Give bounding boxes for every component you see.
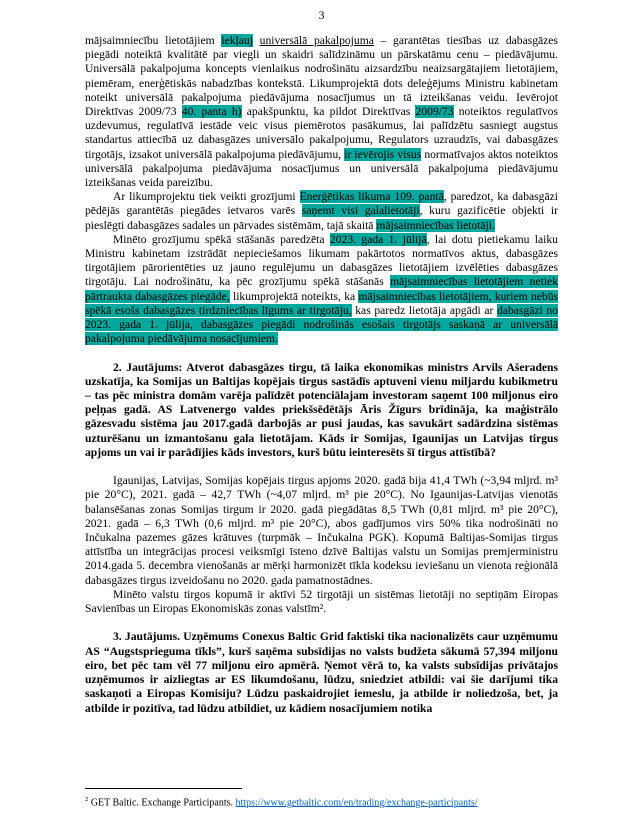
paragraph: mājsaimniecību lietotājiem iekļauj unive… — [85, 34, 558, 190]
footnote-separator — [85, 788, 242, 789]
highlighted-text: iekļauj — [221, 34, 253, 47]
paragraph: 3. Jautājums. Uzņēmums Conexus Baltic Gr… — [85, 630, 558, 715]
footnote-link[interactable]: https://www.getbaltic.com/en/trading/exc… — [236, 797, 478, 808]
footnote-area: 2 GET Baltic. Exchange Participants. htt… — [85, 788, 558, 809]
page-number: 3 — [85, 8, 558, 22]
text-run — [253, 34, 260, 47]
text-run: 2. Jautājums: Atverot dabasgāzes tirgu, … — [85, 361, 558, 459]
text-run: apakšpunktu, ka pildot Direktīvas — [242, 105, 416, 118]
text-run: Ar likumprojektu tiek veikti grozījumi — [113, 190, 300, 203]
footnote: 2 GET Baltic. Exchange Participants. htt… — [85, 794, 558, 809]
text-run: kas paredz lietotāja apgādi ar — [352, 304, 497, 317]
text-run: Minēto grozījumu spēkā stāšanās paredzēt… — [113, 233, 330, 246]
highlighted-text: ir ievērojis visus — [344, 148, 421, 161]
highlighted-text: Enerģētikas likuma 109. pantā — [300, 190, 444, 203]
document-body: mājsaimniecību lietotājiem iekļauj unive… — [85, 34, 558, 716]
text-run: likumprojektā noteikts, ka — [230, 290, 359, 303]
paragraph: 2. Jautājums: Atverot dabasgāzes tirgu, … — [85, 361, 558, 460]
underlined-text: universālā pakalpojuma — [260, 34, 374, 47]
highlighted-text: 40. panta h) — [182, 105, 242, 118]
highlighted-text: 2009/73 — [415, 105, 453, 118]
footnote-text: GET Baltic. Exchange Participants. — [91, 797, 236, 808]
paragraph: Minēto grozījumu spēkā stāšanās paredzēt… — [85, 233, 558, 347]
highlighted-text: saņemt visi galalietotāji — [302, 204, 420, 217]
footnote-marker: 2 — [85, 796, 88, 803]
highlighted-text: 2023. gada 1. jūlijā — [330, 233, 427, 246]
text-run: mājsaimniecību lietotājiem — [85, 34, 221, 47]
text-run: Igaunijas, Latvijas, Somijas kopējais ti… — [85, 474, 558, 586]
paragraph: Minēto valstu tirgos kopumā ir aktīvi 52… — [85, 588, 558, 616]
document-page: 3 mājsaimniecību lietotājiem iekļauj uni… — [0, 0, 643, 829]
paragraph: Ar likumprojektu tiek veikti grozījumi E… — [85, 190, 558, 233]
text-run: 3. Jautājums. Uzņēmums Conexus Baltic Gr… — [85, 630, 558, 714]
paragraph: Igaunijas, Latvijas, Somijas kopējais ti… — [85, 474, 558, 588]
text-run: Minēto valstu tirgos kopumā ir aktīvi 52… — [85, 588, 558, 615]
highlighted-text: mājsaimniecības lietotāji. — [376, 219, 494, 232]
